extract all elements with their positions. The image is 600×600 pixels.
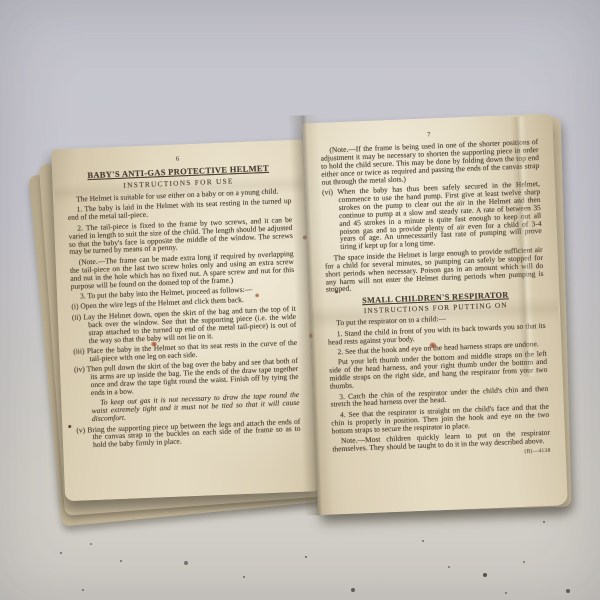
left-page: 6 BABY'S ANTI-GAS PROTECTIVE HELMET INST…	[51, 139, 317, 501]
photo-background: 6 BABY'S ANTI-GAS PROTECTIVE HELMET INST…	[0, 0, 600, 600]
body-paragraph: The space inside the Helmet is large eno…	[325, 246, 544, 294]
booklet: 6 BABY'S ANTI-GAS PROTECTIVE HELMET INST…	[32, 106, 554, 526]
right-page: 7 (Note.—If the frame is being used in o…	[302, 113, 568, 515]
note-paragraph: (Note.—If the frame is being used in one…	[320, 138, 539, 186]
fabric-specks	[60, 552, 62, 554]
instruction-subitem: (vi) When the baby has thus been safely …	[322, 180, 542, 252]
